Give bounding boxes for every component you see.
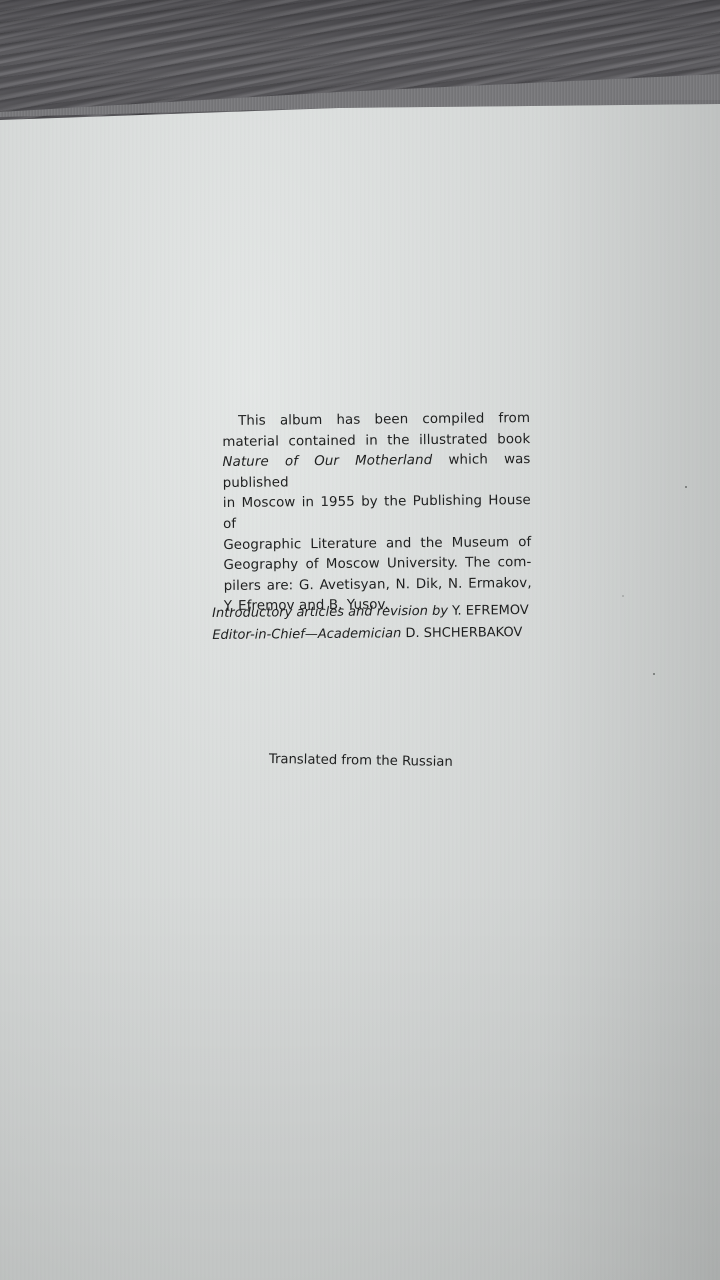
paragraph-line: Geography of Moscow University. The com- xyxy=(223,553,531,577)
publication-note: This album has been compiled from materi… xyxy=(222,409,532,618)
book-title: Nature of Our Motherland xyxy=(222,453,432,470)
translation-note: Translated from the Russian xyxy=(269,752,453,770)
editor-name: D. SHCHERBAKOV xyxy=(405,625,522,641)
introductory-label: Introductory articles and revision by xyxy=(212,604,448,621)
paragraph-line: in Moscow in 1955 by the Publishing Hous… xyxy=(223,491,531,535)
photo-scene: This album has been compiled from materi… xyxy=(0,0,720,1280)
speck xyxy=(653,673,655,675)
compilation-paragraph: This album has been compiled from materi… xyxy=(222,409,532,618)
credits-block: Introductory articles and revision by Y.… xyxy=(212,600,542,647)
paragraph-line: Geographic Literature and the Museum of xyxy=(223,533,531,557)
speck xyxy=(622,595,624,597)
editor-label: Editor-in-Chief—Academician xyxy=(212,626,401,643)
paragraph-line: pilers are: G. Avetisyan, N. Dik, N. Erm… xyxy=(224,574,532,598)
introductory-credit: Introductory articles and revision by Y.… xyxy=(212,600,542,625)
paragraph-line: This album has been compiled from xyxy=(222,409,530,433)
paragraph-line: Nature of Our Motherland which was publi… xyxy=(222,450,530,494)
speck xyxy=(685,486,687,488)
paragraph-line: material contained in the illustrated bo… xyxy=(222,430,530,454)
introductory-name: Y. EFREMOV xyxy=(452,603,529,619)
editor-credit: Editor-in-Chief—Academician D. SHCHERBAK… xyxy=(212,622,542,647)
